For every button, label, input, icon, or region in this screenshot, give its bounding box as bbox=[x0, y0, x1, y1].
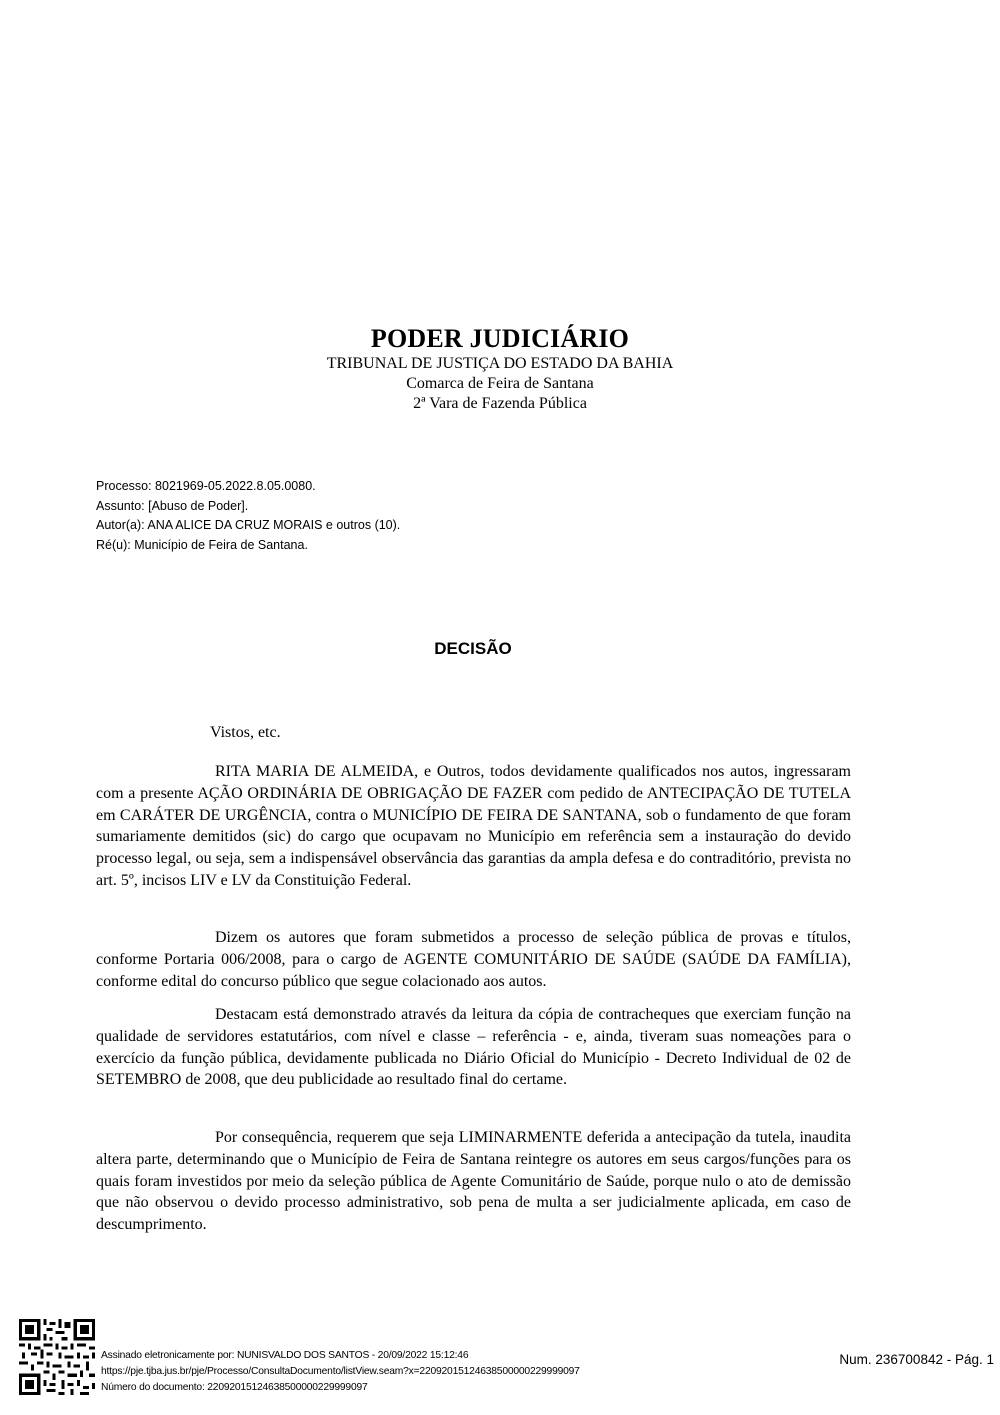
signature-block: Assinado eletronicamente por: NUNISVALDO… bbox=[101, 1348, 580, 1396]
signed-by: Assinado eletronicamente por: NUNISVALDO… bbox=[101, 1348, 580, 1364]
case-assunto: Assunto: [Abuso de Poder]. bbox=[96, 497, 400, 517]
signature-footer: Assinado eletronicamente por: NUNISVALDO… bbox=[19, 1319, 1000, 1399]
decision-paragraph: Por consequência, requerem que seja LIMI… bbox=[96, 1127, 851, 1236]
decision-paragraph: RITA MARIA DE ALMEIDA, e Outros, todos d… bbox=[96, 761, 851, 892]
document-number: Número do documento: 2209201512463850000… bbox=[101, 1380, 580, 1396]
decision-title: DECISÃO bbox=[0, 639, 946, 659]
document-header: PODER JUDICIÁRIO TRIBUNAL DE JUSTIÇA DO … bbox=[0, 324, 1000, 414]
header-division: 2ª Vara de Fazenda Pública bbox=[0, 394, 1000, 414]
decision-paragraph: Dizem os autores que foram submetidos a … bbox=[96, 927, 851, 992]
header-court: TRIBUNAL DE JUSTIÇA DO ESTADO DA BAHIA bbox=[0, 354, 1000, 374]
case-reu: Ré(u): Município de Feira de Santana. bbox=[96, 536, 400, 556]
decision-paragraph: Destacam está demonstrado através da lei… bbox=[96, 1004, 851, 1091]
header-title: PODER JUDICIÁRIO bbox=[0, 324, 1000, 354]
decision-opening: Vistos, etc. bbox=[210, 722, 281, 744]
page-number: Num. 236700842 - Pág. 1 bbox=[839, 1352, 994, 1367]
case-autor: Autor(a): ANA ALICE DA CRUZ MORAIS e out… bbox=[96, 516, 400, 536]
case-info: Processo: 8021969-05.2022.8.05.0080. Ass… bbox=[96, 477, 400, 555]
header-district: Comarca de Feira de Santana bbox=[0, 374, 1000, 394]
document-url[interactable]: https://pje.tjba.jus.br/pje/Processo/Con… bbox=[101, 1364, 580, 1380]
qr-code-icon bbox=[19, 1319, 95, 1395]
case-processo: Processo: 8021969-05.2022.8.05.0080. bbox=[96, 477, 400, 497]
